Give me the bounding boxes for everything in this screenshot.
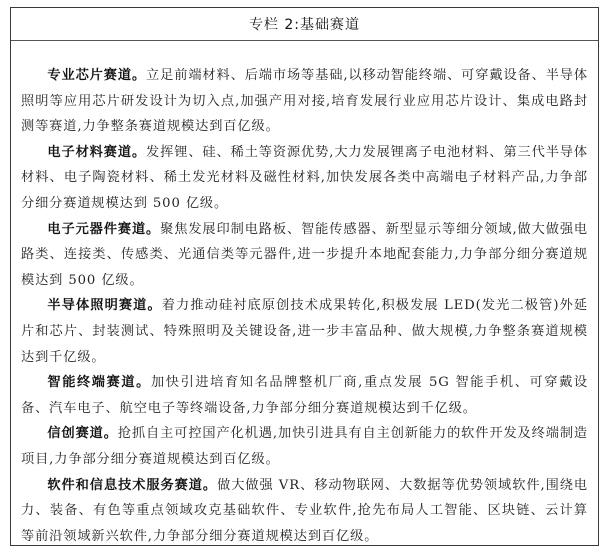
sidebar-box: 专栏 2:基础赛道 专业芯片赛道。立足前端材料、后端市场等基础,以移动智能终端、… [10, 7, 599, 546]
paragraph-components-track: 电子元器件赛道。聚焦发展印制电路板、智能传感器、新型显示等细分领域,做大做强电路… [21, 217, 588, 294]
paragraph-lead: 专业芯片赛道。 [47, 68, 146, 83]
paragraph-xinchuang-track: 信创赛道。抢抓自主可控国产化机遇,加快引进具有自主创新能力的软件开发及终端制造项… [21, 421, 588, 472]
box-title: 专栏 2:基础赛道 [11, 8, 598, 41]
paragraph-chip-track: 专业芯片赛道。立足前端材料、后端市场等基础,以移动智能终端、可穿戴设备、半导体照… [21, 63, 588, 140]
paragraph-lead: 半导体照明赛道。 [47, 298, 161, 313]
paragraph-lead: 电子元器件赛道。 [47, 222, 160, 237]
paragraph-lead: 软件和信息技术服务赛道。 [47, 478, 217, 493]
paragraph-lead: 电子材料赛道。 [47, 145, 146, 160]
paragraph-materials-track: 电子材料赛道。发挥锂、硅、稀土等资源优势,大力发展锂离子电池材料、第三代半导体材… [21, 140, 588, 217]
paragraph-software-track: 软件和信息技术服务赛道。做大做强 VR、移动物联网、大数据等优势领域软件,围绕电… [21, 473, 588, 550]
paragraph-terminal-track: 智能终端赛道。加快引进培育知名品牌整机厂商,重点发展 5G 智能手机、可穿戴设备… [21, 370, 588, 421]
box-body: 专业芯片赛道。立足前端材料、后端市场等基础,以移动智能终端、可穿戴设备、半导体照… [11, 41, 598, 549]
paragraph-lead: 信创赛道。 [47, 426, 117, 441]
paragraph-lead: 智能终端赛道。 [47, 375, 151, 390]
paragraph-lighting-track: 半导体照明赛道。着力推动硅衬底原创技术成果转化,积极发展 LED(发光二极管)外… [21, 293, 588, 370]
